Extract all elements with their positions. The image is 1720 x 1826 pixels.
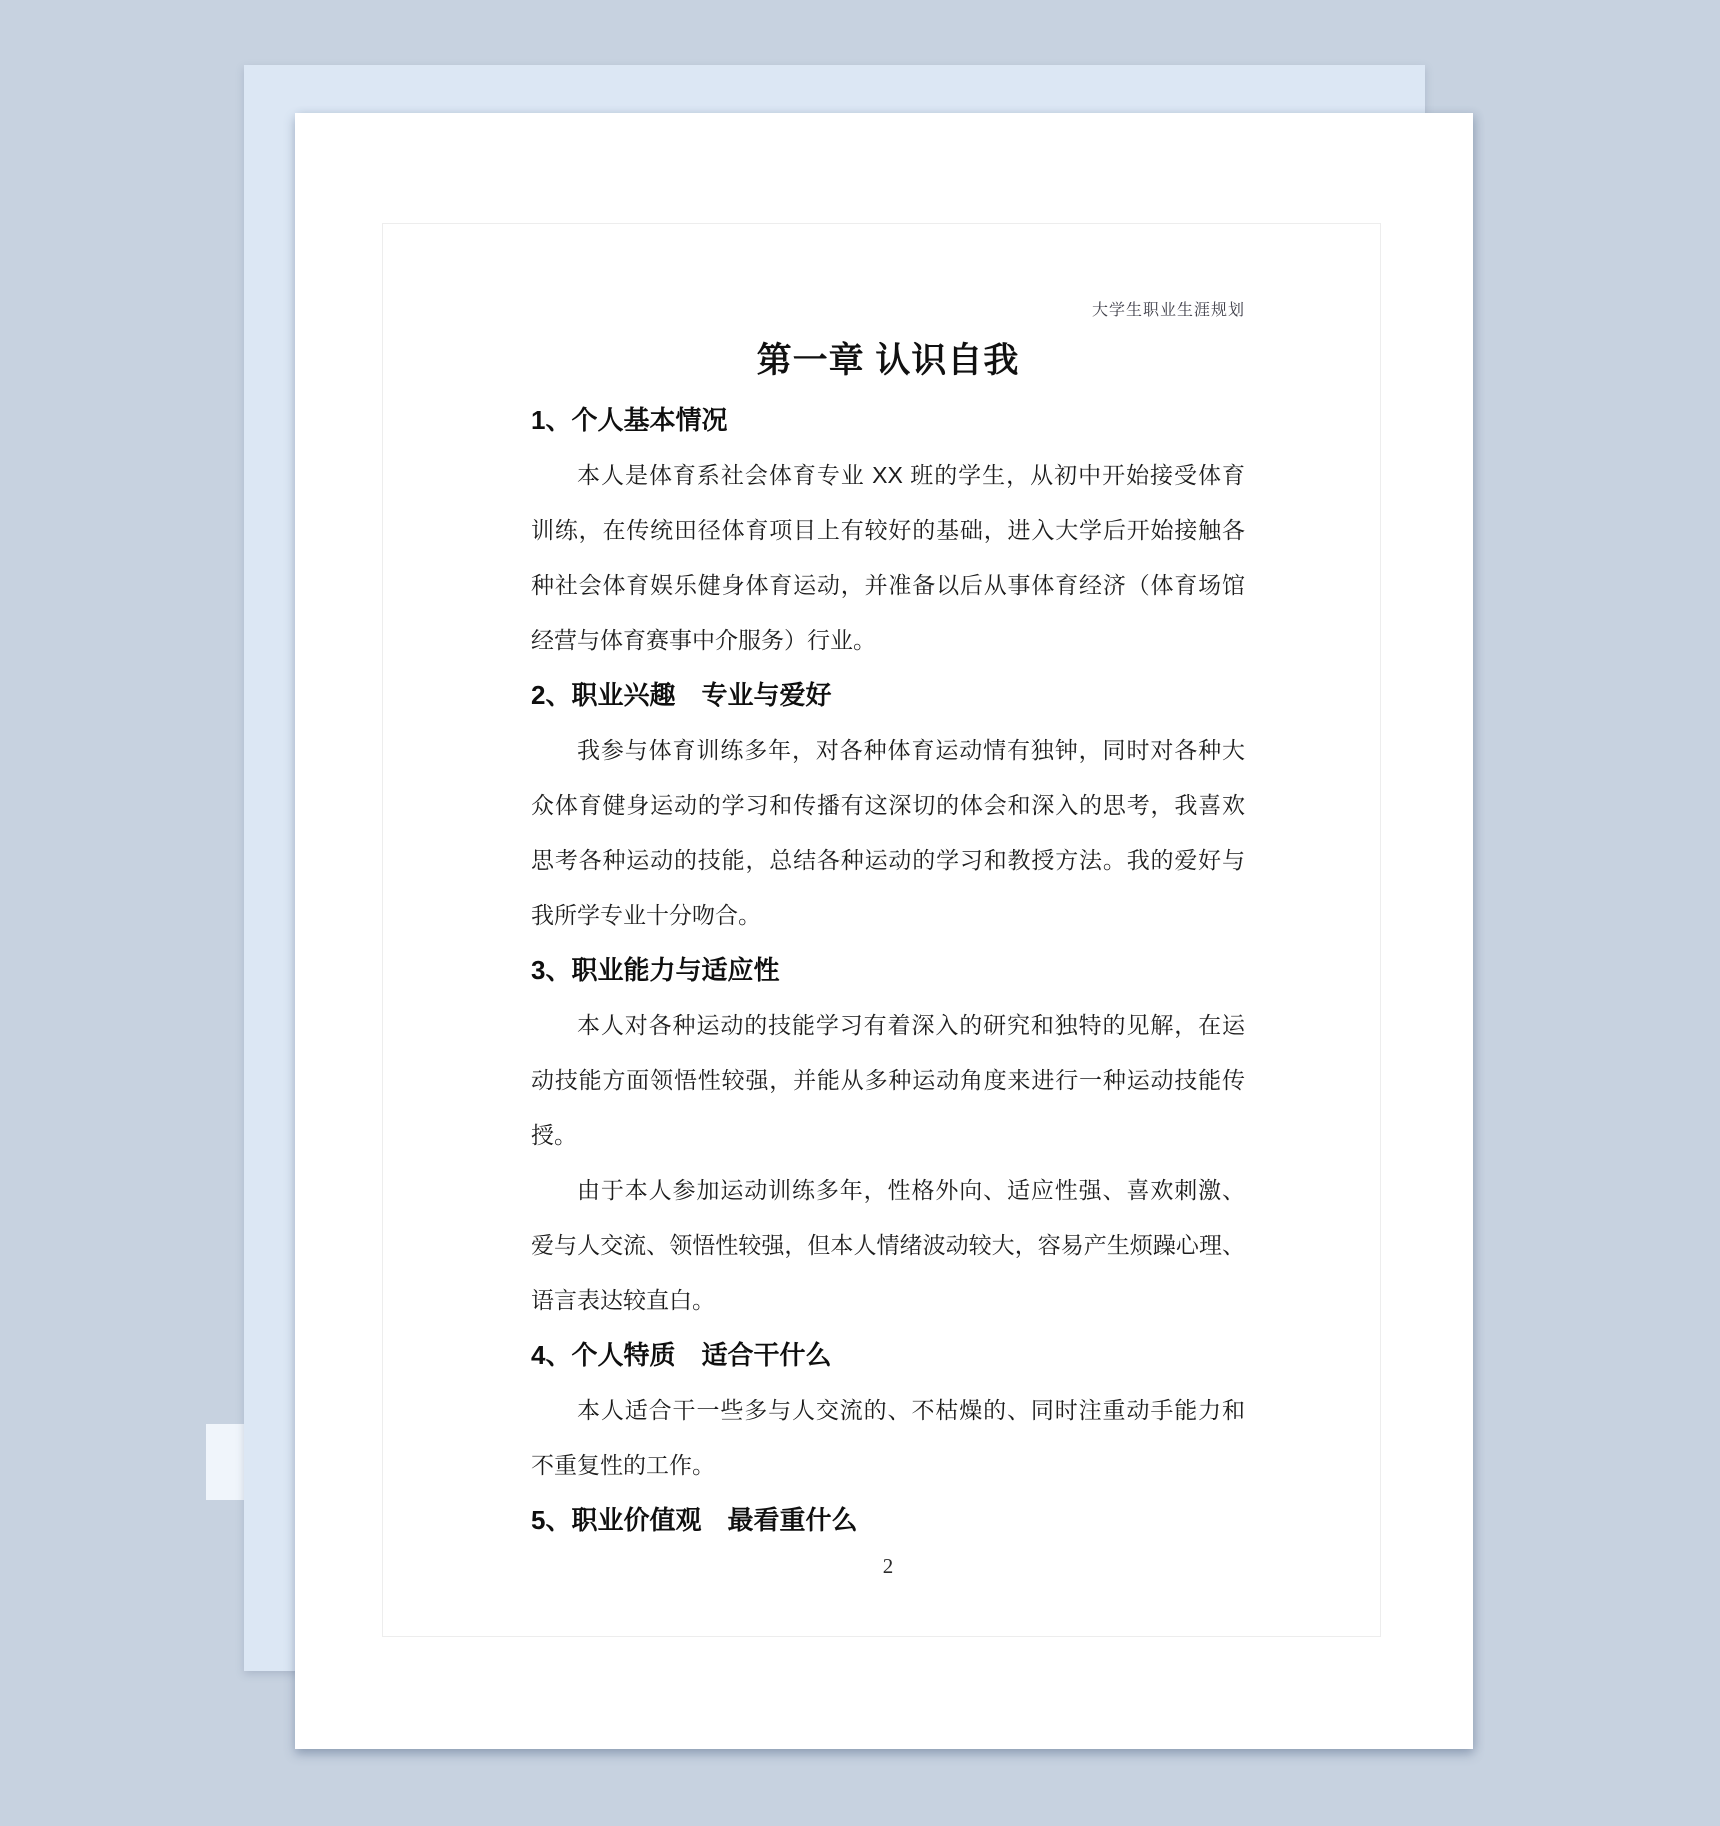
section-heading-3: 3、职业能力与适应性 <box>531 943 1245 998</box>
paragraph: 本人对各种运动的技能学习有着深入的研究和独特的见解，在运 动技能方面领悟性较强，… <box>531 998 1245 1163</box>
page-content: 大学生职业生涯规划 第一章 认识自我 1、个人基本情况 本人是体育系社会体育专业… <box>531 113 1245 1548</box>
paragraph-line: 我所学专业十分吻合。 <box>531 888 1245 943</box>
paragraph: 由于本人参加运动训练多年，性格外向、适应性强、喜欢刺激、 爱与人交流、领悟性较强… <box>531 1163 1245 1328</box>
paragraph-line: 思考各种运动的技能，总结各种运动的学习和教授方法。我的爱好与 <box>531 833 1245 888</box>
paragraph-line: 众体育健身运动的学习和传播有这深切的体会和深入的思考，我喜欢 <box>531 778 1245 833</box>
paragraph-line: 经营与体育赛事中介服务）行业。 <box>531 613 1245 668</box>
paragraph-line: 本人是体育系社会体育专业 XX 班的学生，从初中开始接受体育 <box>531 448 1245 503</box>
paragraph-line: 种社会体育娱乐健身体育运动，并准备以后从事体育经济（体育场馆 <box>531 558 1245 613</box>
paragraph-line: 由于本人参加运动训练多年，性格外向、适应性强、喜欢刺激、 <box>531 1163 1245 1218</box>
chapter-title: 第一章 认识自我 <box>531 335 1245 387</box>
section-heading-5: 5、职业价值观 最看重什么 <box>531 1493 1245 1548</box>
paragraph-line: 本人对各种运动的技能学习有着深入的研究和独特的见解，在运 <box>531 998 1245 1053</box>
paragraph: 我参与体育训练多年，对各种体育运动情有独钟，同时对各种大 众体育健身运动的学习和… <box>531 723 1245 943</box>
paragraph-line: 动技能方面领悟性较强，并能从多种运动角度来进行一种运动技能传 <box>531 1053 1245 1108</box>
paragraph: 本人适合干一些多与人交流的、不枯燥的、同时注重动手能力和 不重复性的工作。 <box>531 1383 1245 1493</box>
running-header: 大学生职业生涯规划 <box>531 301 1245 321</box>
page-number: 2 <box>531 1553 1245 1579</box>
paragraph-line: 爱与人交流、领悟性较强，但本人情绪波动较大，容易产生烦躁心理、 <box>531 1218 1245 1273</box>
paragraph: 本人是体育系社会体育专业 XX 班的学生，从初中开始接受体育 训练，在传统田径体… <box>531 448 1245 668</box>
paragraph-line: 不重复性的工作。 <box>531 1438 1245 1493</box>
paragraph-line: 训练，在传统田径体育项目上有较好的基础，进入大学后开始接触各 <box>531 503 1245 558</box>
section-heading-2: 2、职业兴趣 专业与爱好 <box>531 668 1245 723</box>
paragraph-line: 本人适合干一些多与人交流的、不枯燥的、同时注重动手能力和 <box>531 1383 1245 1438</box>
paragraph-line: 我参与体育训练多年，对各种体育运动情有独钟，同时对各种大 <box>531 723 1245 778</box>
section-heading-1: 1、个人基本情况 <box>531 393 1245 448</box>
paragraph-line: 授。 <box>531 1108 1245 1163</box>
desk-background: 大学生职业生涯规划 第一章 认识自我 1、个人基本情况 本人是体育系社会体育专业… <box>0 0 1720 1826</box>
document-page: 大学生职业生涯规划 第一章 认识自我 1、个人基本情况 本人是体育系社会体育专业… <box>295 113 1473 1749</box>
section-heading-4: 4、个人特质 适合干什么 <box>531 1328 1245 1383</box>
paragraph-line: 语言表达较直白。 <box>531 1273 1245 1328</box>
